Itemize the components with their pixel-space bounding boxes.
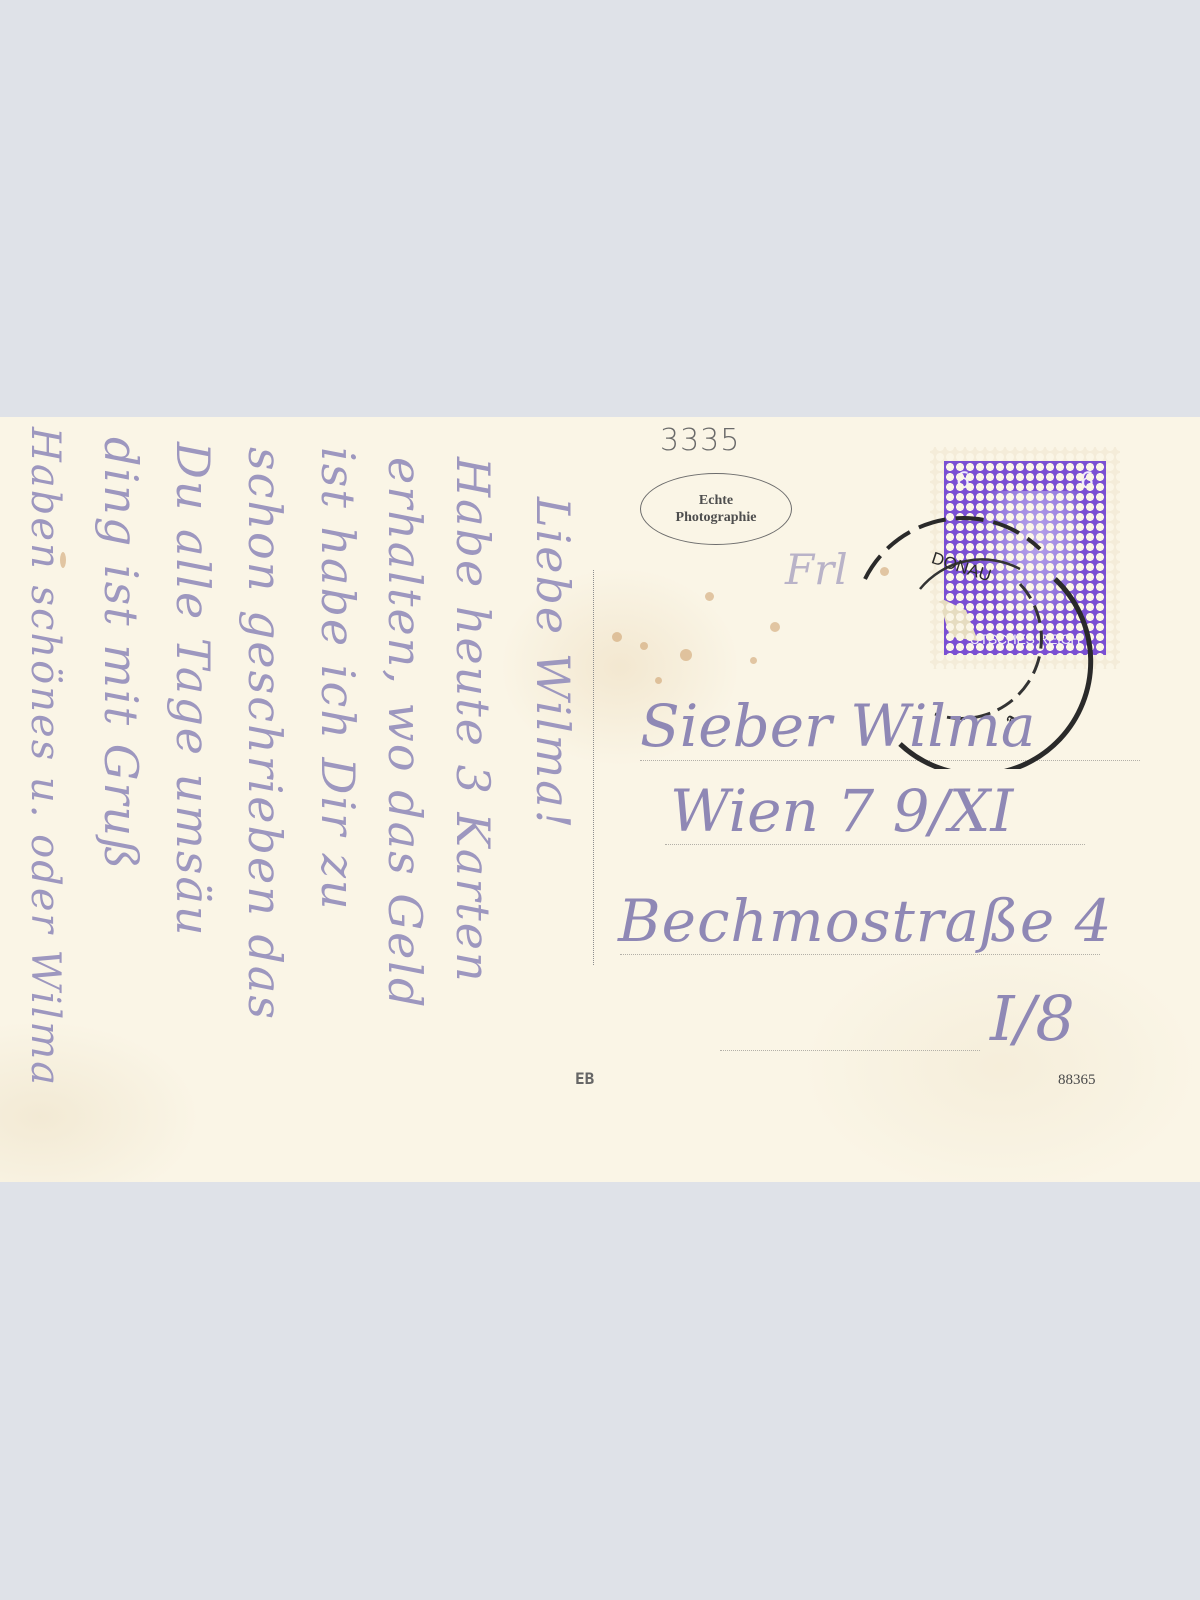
foxing-stain <box>880 567 889 576</box>
echte-photographie-stamp: Echte Photographie <box>640 473 792 545</box>
message-line-5: schon geschrieben das <box>238 447 292 1021</box>
address-line-1 <box>640 760 1140 761</box>
stamp-portrait-icon <box>980 491 1080 626</box>
foxing-stain <box>705 592 714 601</box>
address-unit: I/8 <box>990 982 1075 1055</box>
foxing-stain <box>680 649 692 661</box>
address-street: Bechmostraße 4 <box>618 887 1112 955</box>
photo-stamp-line1: Echte <box>699 492 733 509</box>
message-line-1: Liebe Wilma! <box>526 497 580 830</box>
foxing-stain <box>770 622 780 632</box>
stamp-value-right: 6 <box>1080 469 1094 494</box>
postage-stamp: 6 6 UTSCHES REICH <box>930 447 1120 669</box>
postcard: 3335 Echte Photographie 6 6 UTSCHES REIC… <box>0 417 1200 1182</box>
foxing-stain <box>750 657 757 664</box>
address-line-4 <box>720 1050 980 1051</box>
address-salutation: Frl <box>785 545 848 594</box>
address-city: Wien 7 9/XI <box>670 777 1013 845</box>
address-name: Sieber Wilma <box>640 692 1036 760</box>
photo-stamp-line2: Photographie <box>676 509 757 526</box>
message-line-7: ding ist mit Gruß <box>94 437 148 871</box>
message-line-4: ist habe ich Dir zu <box>311 447 365 912</box>
message-address-divider <box>593 570 594 965</box>
stamp-value-left: 6 <box>956 469 970 494</box>
serial-number: 88365 <box>1058 1072 1096 1089</box>
message-line-2: Habe heute 3 Karten <box>446 457 500 984</box>
archive-number: 3335 <box>660 423 740 458</box>
message-line-8: Haben schönes u. oder Wilma <box>22 427 68 1087</box>
publisher-mark: EB <box>575 1069 594 1088</box>
message-line-3: erhalten, wo das Geld <box>378 457 432 1009</box>
message-line-6: Du alle Tage umsäu <box>166 442 220 938</box>
foxing-stain <box>612 632 622 642</box>
foxing-stain <box>655 677 662 684</box>
foxing-stain <box>640 642 648 650</box>
